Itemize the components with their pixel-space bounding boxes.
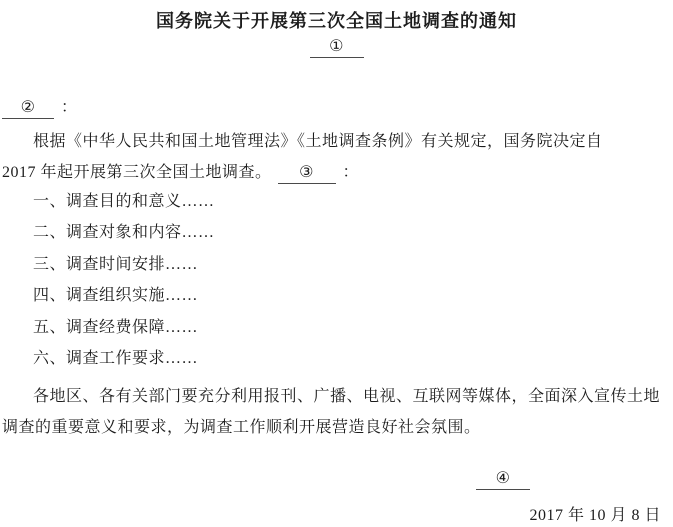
blank-2: ② — [2, 98, 54, 119]
list-item-6: 六、调查工作要求…… — [33, 343, 215, 374]
blank-3: ③ — [278, 163, 336, 184]
document-title: 国务院关于开展第三次全国土地调查的通知 — [0, 7, 673, 33]
salutation-row: ②： — [2, 94, 78, 119]
paragraph-1-line-2: 2017 年起开展第三次全国土地调查。③： — [2, 159, 359, 184]
list-item-4: 四、调查组织实施…… — [33, 280, 215, 311]
blank-4: ④ — [476, 469, 530, 490]
signature-blank-row: ④ — [0, 469, 530, 490]
blank-1: ① — [310, 37, 364, 58]
document-page: 国务院关于开展第三次全国土地调查的通知 ① ②： 根据《中华人民共和国土地管理法… — [0, 0, 673, 527]
list-item-5: 五、调查经费保障…… — [33, 312, 215, 343]
list-item-2: 二、调查对象和内容…… — [33, 217, 215, 248]
title-blank-row: ① — [0, 37, 673, 58]
outline-list: 一、调查目的和意义…… 二、调查对象和内容…… 三、调查时间安排…… 四、调查组… — [33, 186, 215, 374]
paragraph-2-line-2: 调查的重要意义和要求，为调查工作顺利开展营造良好社会氛围。 — [2, 414, 481, 437]
list-item-1: 一、调查目的和意义…… — [33, 186, 215, 217]
paragraph-1-line-1: 根据《中华人民共和国土地管理法》《土地调查条例》有关规定，国务院决定自 — [33, 128, 603, 151]
blank-3-colon: ： — [343, 164, 360, 181]
salutation-colon: ： — [61, 99, 78, 116]
paragraph-2-line-1: 各地区、各有关部门要充分利用报刊、广播、电视、互联网等媒体，全面深入宣传土地 — [33, 383, 660, 406]
list-item-3: 三、调查时间安排…… — [33, 249, 215, 280]
document-date: 2017 年 10 月 8 日 — [0, 502, 661, 525]
paragraph-1-line-2-text: 2017 年起开展第三次全国土地调查。 — [2, 164, 272, 181]
